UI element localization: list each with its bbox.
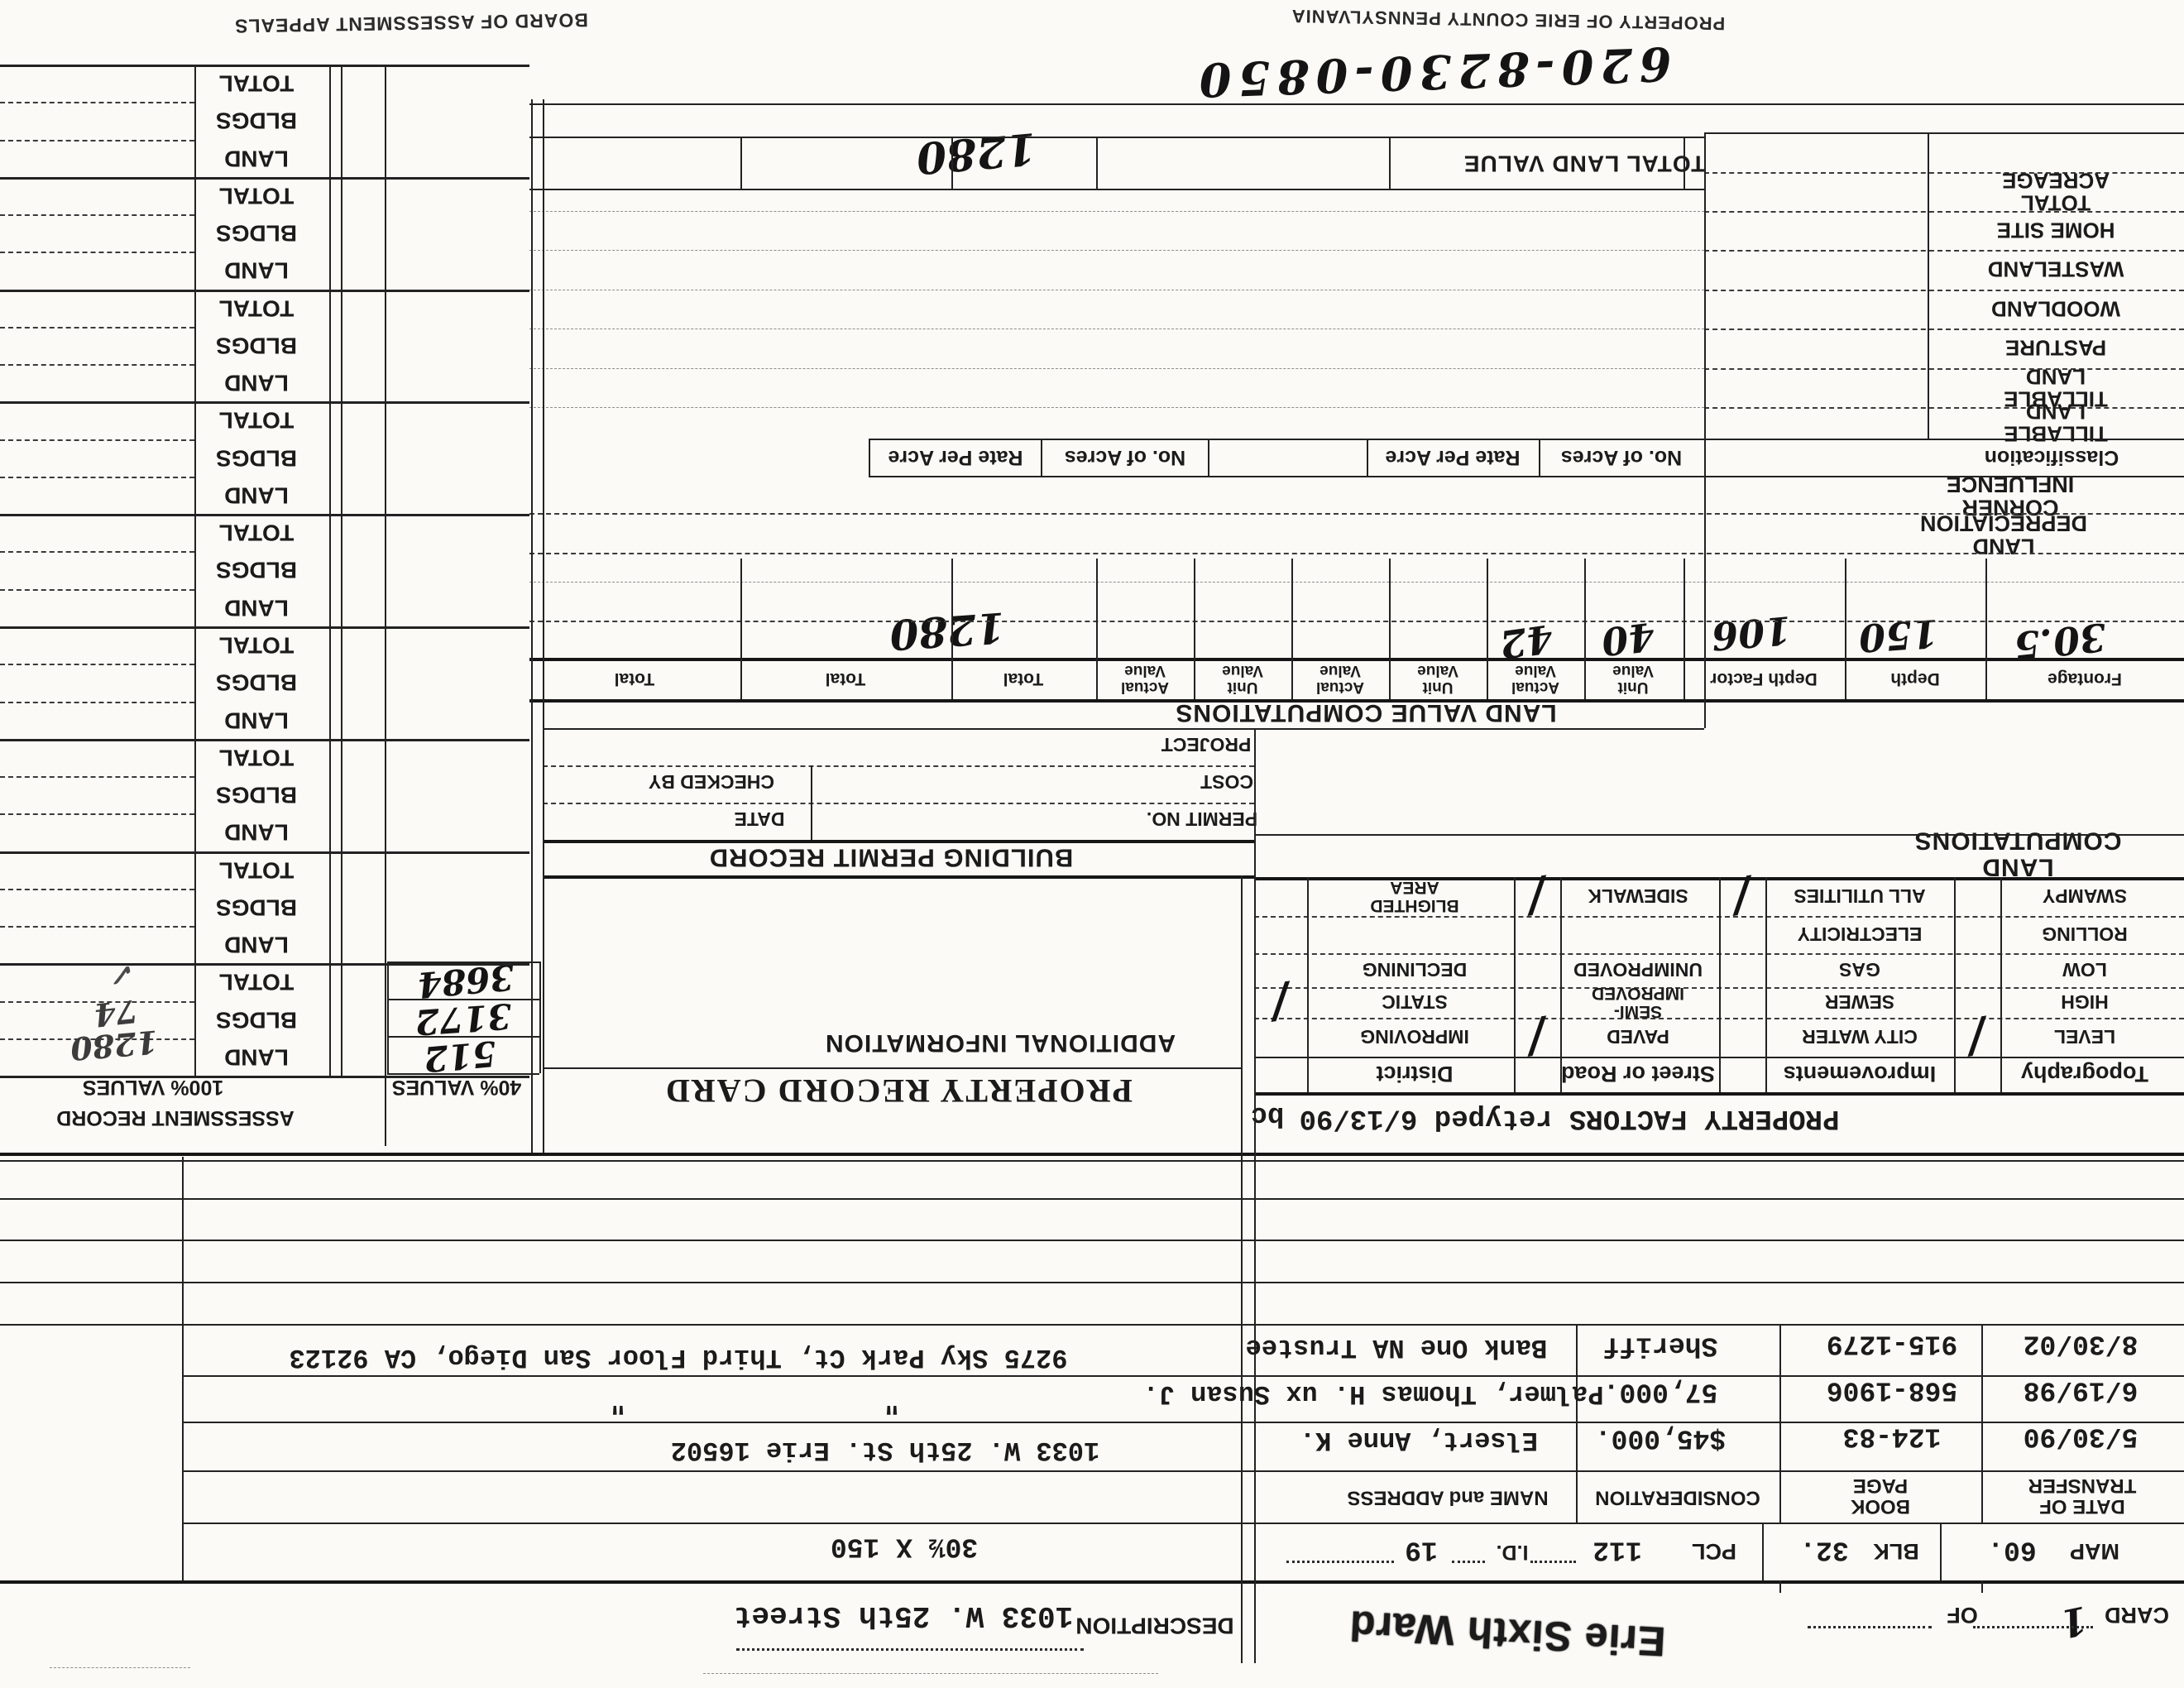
transfer-name: Palmer, Thomas H. ux Susan J. — [1143, 1379, 1604, 1407]
transfer-book-page: 915-1279 — [1827, 1329, 1957, 1358]
rule-h-59 — [736, 1648, 1084, 1651]
acreage-row-label: TOTAL ACREAGE — [1992, 169, 2120, 214]
property-record-card-title: PROPERTY RECORD CARD — [664, 1073, 1133, 1108]
rule-h-13 — [529, 211, 1704, 212]
rule-h-57 — [1452, 1561, 1485, 1563]
landcomp-item-district: BLIGHTED AREA — [1370, 878, 1458, 914]
map-label: MAP — [2070, 1540, 2119, 1563]
lvc-column-header: Unit Value — [1417, 662, 1458, 695]
rule-v-91 — [1845, 559, 1846, 699]
blk-value: 32. — [1799, 1535, 1848, 1564]
rule-h-1 — [529, 137, 1704, 138]
unit-value-value: 40 — [1599, 616, 1656, 662]
rule-v-76 — [1928, 132, 1929, 439]
landcomp-item-improvements: ELECTRICITY — [1798, 924, 1923, 944]
rule-v-77 — [869, 439, 870, 476]
landcomp-item-street: PAVED — [1607, 1027, 1669, 1047]
rule-h-6 — [1704, 250, 2184, 252]
rule-h-58 — [1286, 1561, 1394, 1563]
assessment-row-label: LAND — [224, 146, 289, 170]
rule-h-61 — [50, 1667, 190, 1668]
rule-v-107 — [1940, 1523, 1942, 1580]
value-100-total: ✓ — [110, 957, 137, 989]
landcomp-item-improvements: ALL UTILITIES — [1794, 886, 1925, 906]
transfer-header-book: BOOK PAGE — [1851, 1475, 1910, 1517]
transfer-header-consideration: CONSIDERATION — [1595, 1487, 1760, 1508]
assessment-row-label: LAND — [224, 596, 289, 620]
landcomp-item-improvements: GAS — [1839, 960, 1880, 980]
rule-v-78 — [1041, 439, 1042, 476]
values-40-header: 40% VALUES — [392, 1077, 522, 1098]
lvc-column-header: Actual Value — [1511, 662, 1559, 695]
rule-v-110 — [1981, 1580, 1983, 1593]
assessment-row-rule — [0, 252, 194, 253]
assessment-row-label: LAND — [224, 933, 289, 957]
assessment-row-rule — [0, 477, 194, 478]
landcomp-item-topography: SWAMPY — [2043, 886, 2127, 906]
landcomp-item-street: SEMI- IMPROVED — [1592, 984, 1684, 1020]
assessment-row-label: LAND — [224, 371, 289, 395]
check-mark: ∕ — [1269, 976, 1292, 1027]
rule-h-51 — [182, 1470, 2184, 1472]
lvc-column-header: Actual Value — [1316, 662, 1364, 695]
rule-v-103 — [2000, 877, 2002, 1092]
landcomp-item-topography: LOW — [2062, 960, 2107, 980]
assessment-group-line — [0, 401, 529, 404]
assessment-row-rule — [0, 702, 194, 703]
rule-v-108 — [1762, 1523, 1764, 1580]
assessment-row-label: TOTAL — [219, 296, 295, 320]
card-number-handwritten: 1 — [2057, 1599, 2091, 1644]
rule-v-65 — [329, 65, 331, 1076]
landcomp-item-street: UNIMPROVED — [1573, 960, 1703, 980]
rule-h-60 — [703, 1673, 1158, 1674]
rule-v-85 — [1194, 559, 1195, 699]
description-label: DESCRIPTION — [1075, 1614, 1233, 1638]
dimensions-value: 30½ X 150 — [831, 1532, 978, 1561]
rule-h-20 — [529, 553, 2184, 554]
rule-h-25 — [543, 728, 1704, 730]
rule-h-40 — [387, 999, 539, 1000]
assessment-row-label: TOTAL — [219, 633, 295, 657]
rule-v-96 — [811, 765, 812, 840]
rule-v-75 — [1704, 132, 1706, 699]
description-value: 1033 W. 25th Street — [734, 1599, 1073, 1631]
rule-v-100 — [1719, 877, 1721, 1092]
assessment-row-label: LAND — [224, 708, 289, 732]
assessment-row-label: BLDGS — [216, 446, 297, 470]
lvc-column-header: Depth — [1890, 669, 1940, 688]
project-label: PROJECT — [1161, 735, 1252, 755]
assessment-record-header: ASSESSMENT RECORD — [56, 1107, 295, 1129]
assessment-row-label: TOTAL — [219, 858, 295, 882]
rule-h-42 — [387, 1073, 539, 1075]
property-of-stamp: PROPERTY OF ERIE COUNTY PENNSYLVANIA — [1291, 7, 1726, 33]
account-number-handwritten: 620-8230-0850 — [1192, 39, 1673, 104]
assessment-group-line — [0, 290, 529, 292]
acreage-header-cell: No. of Acres — [1561, 447, 1682, 468]
rule-v-81 — [1539, 439, 1540, 476]
assessment-row-rule — [0, 776, 194, 778]
rule-v-71 — [951, 137, 953, 189]
rule-v-84 — [1096, 559, 1098, 699]
rule-v-111 — [182, 1157, 184, 1580]
lvc-column-header: Depth Factor — [1710, 669, 1818, 688]
rule-h-28 — [543, 840, 1254, 843]
rule-h-22 — [529, 621, 2184, 622]
rule-v-101 — [1765, 877, 1767, 1092]
rule-v-90 — [1683, 559, 1685, 699]
transfer-header-name: NAME and ADDRESS — [1347, 1487, 1548, 1508]
rule-v-105 — [1779, 1324, 1781, 1523]
rule-h-45 — [0, 1198, 2184, 1200]
rule-v-109 — [1779, 1580, 1781, 1593]
assessment-row-rule — [0, 327, 194, 328]
pcl-value: 112 — [1592, 1535, 1641, 1564]
acreage-row-label: TILLABLE LAND — [1992, 400, 2120, 445]
rule-v-92 — [1985, 559, 1987, 699]
map-value: 60. — [1987, 1535, 2036, 1564]
ward-stamp: Erie Sixth Ward — [1348, 1604, 1667, 1663]
rule-h-26 — [543, 765, 1254, 767]
blk-label: BLK — [1873, 1540, 1919, 1563]
assessment-row-label: BLDGS — [216, 1008, 297, 1032]
lvc-column-header: Total — [826, 669, 866, 688]
transfer-address-ditto: " — [884, 1385, 900, 1415]
transfer-date: 8/30/02 — [2024, 1329, 2138, 1358]
rule-v-73 — [1389, 137, 1391, 189]
rule-v-89 — [1584, 559, 1586, 699]
rule-v-102 — [1954, 877, 1956, 1092]
assessment-row-label: LAND — [224, 820, 289, 844]
id-label: I.D. — [1497, 1542, 1529, 1563]
assessment-group-line — [0, 739, 529, 741]
rule-h-55 — [1808, 1626, 1932, 1628]
rule-v-67 — [385, 65, 386, 1146]
rule-h-7 — [1704, 290, 2184, 291]
rule-h-54 — [1973, 1626, 2093, 1628]
rule-h-19 — [529, 513, 2184, 515]
rule-v-106 — [1981, 1324, 1983, 1523]
rule-h-41 — [387, 1036, 539, 1038]
landcomp-group-header: Improvements — [1784, 1062, 1937, 1086]
value-40-bldgs: 3172 — [414, 997, 513, 1040]
landcomp-item-improvements: CITY WATER — [1802, 1027, 1918, 1047]
property-record-card-scan: PROPERTY OF ERIE COUNTY PENNSYLVANIA BOA… — [0, 0, 2184, 1688]
transfer-consideration: Sheriff — [1603, 1331, 1718, 1360]
rule-v-72 — [1096, 137, 1098, 189]
rule-h-46 — [0, 1240, 2184, 1241]
transfer-consideration: 57,000. — [1603, 1377, 1718, 1406]
rule-v-97 — [1307, 877, 1309, 1092]
acreage-row-label: HOME SITE — [1996, 218, 2115, 241]
rule-h-56 — [1530, 1561, 1576, 1563]
values-100-header: 100% VALUES — [83, 1077, 223, 1098]
rule-h-17 — [529, 368, 1704, 369]
transfer-book-page: 568-1906 — [1827, 1375, 1957, 1404]
landcomp-item-district: DECLINING — [1363, 960, 1468, 980]
transfer-name: Elsert, Anne K. — [1300, 1426, 1538, 1454]
property-factors-note: PROPERTY FACTORS retyped 6/13/90 — [1300, 1102, 1840, 1132]
rule-h-8 — [1704, 328, 2184, 330]
rule-v-87 — [1389, 559, 1391, 699]
rule-v-80 — [1367, 439, 1368, 476]
assessment-row-label: TOTAL — [219, 71, 295, 95]
assessment-row-rule — [0, 214, 194, 216]
assessment-row-label: BLDGS — [216, 333, 297, 357]
assessment-row-label: TOTAL — [219, 520, 295, 544]
transfer-header-date: DATE OF TRANSFER — [2028, 1475, 2137, 1517]
assessment-row-rule — [0, 589, 194, 591]
assessment-row-label: BLDGS — [216, 895, 297, 919]
transfer-date: 6/19/98 — [2024, 1375, 2138, 1404]
rule-v-98 — [1514, 877, 1516, 1092]
depth-value: 150 — [1857, 613, 1939, 659]
rule-h-38 — [1254, 1092, 2184, 1096]
card-label: CARD — [2105, 1604, 2169, 1627]
rule-h-30 — [543, 1067, 1241, 1069]
acreage-row-label: PASTURE — [2005, 336, 2106, 358]
assessment-row-label: LAND — [224, 483, 289, 507]
rule-v-83 — [951, 559, 953, 699]
rule-h-27 — [543, 803, 1254, 804]
additional-information-label: ADDITIONAL INFORMATION — [825, 1029, 1176, 1056]
assessment-row-label: TOTAL — [219, 184, 295, 208]
assessment-row-rule — [0, 439, 194, 441]
assessment-row-label: TOTAL — [219, 408, 295, 432]
lvc-column-header: Total — [615, 669, 655, 688]
depth-factor-value: 106 — [1710, 610, 1793, 656]
acreage-header-cell: Rate Per Acre — [1385, 447, 1520, 468]
lvc-column-header: Frontage — [2047, 669, 2122, 688]
value-100-land: 1280 — [69, 1025, 160, 1066]
assessment-row-label: BLDGS — [216, 221, 297, 245]
rule-h-16 — [529, 328, 1704, 329]
acreage-header-cell: Rate Per Acre — [888, 447, 1023, 468]
landcomp-item-street: SIDEWALK — [1588, 886, 1688, 906]
assessment-row-rule — [0, 813, 194, 815]
rule-v-79 — [1208, 439, 1209, 476]
rule-h-24 — [529, 699, 2184, 703]
transfer-address: 9275 Sky Park Ct, Third Floor San Diego,… — [290, 1343, 1068, 1371]
permit-date-label: DATE — [735, 809, 785, 829]
land-value-computations-title: LAND VALUE COMPUTATIONS — [1175, 699, 1556, 726]
landcomp-item-improvements: SEWER — [1825, 992, 1894, 1012]
rule-v-70 — [740, 137, 742, 189]
rule-v-74 — [1683, 137, 1685, 189]
total-land-value-handwritten: 1280 — [915, 124, 1038, 180]
transfer-consideration: $45,000. — [1595, 1423, 1726, 1452]
landcomp-item-district: STATIC — [1382, 992, 1448, 1012]
assessment-group-line — [0, 626, 529, 629]
assessment-row-rule — [0, 1038, 194, 1040]
assessment-group-line — [0, 514, 529, 516]
rule-h-12 — [869, 476, 2184, 477]
cost-label: COST — [1200, 772, 1253, 792]
transfer-book-page: 124-83 — [1843, 1422, 1942, 1451]
acreage-header-cell: No. of Acres — [1065, 447, 1185, 468]
transfer-address: 1033 W. 25th St. Erie 16502 — [671, 1436, 1099, 1464]
assessment-group-line — [0, 1076, 529, 1078]
landcomp-item-district: IMPROVING — [1360, 1027, 1469, 1047]
assessment-group-line — [0, 851, 529, 854]
checked-by-label: CHECKED BY — [649, 772, 774, 792]
rule-h-11 — [869, 439, 2184, 440]
landcomp-item-topography: LEVEL — [2054, 1027, 2115, 1047]
computation-total-value: 1280 — [888, 605, 1006, 656]
assessment-group-line — [0, 65, 529, 67]
rule-h-31 — [1254, 834, 2184, 836]
rule-v-64 — [194, 65, 196, 1076]
acreage-row-label: WOODLAND — [1991, 297, 2120, 319]
rule-h-52 — [182, 1523, 2184, 1524]
landcomp-group-header: Street or Road — [1561, 1062, 1715, 1086]
rule-h-2 — [529, 189, 1704, 190]
transfer-name: Bank One NA Trustee — [1246, 1333, 1548, 1361]
building-permit-record-title: BUILDING PERMIT RECORD — [709, 844, 1074, 871]
rule-h-18 — [529, 407, 1704, 408]
rule-h-29 — [543, 875, 1254, 879]
board-of-assessment-stamp: BOARD OF ASSESSMENT APPEALS — [234, 10, 588, 36]
lvc-column-header: Total — [1003, 669, 1044, 688]
assessment-row-rule — [0, 140, 194, 141]
rule-v-62 — [531, 99, 533, 1153]
rule-h-3 — [1704, 132, 2184, 134]
rule-v-63 — [543, 99, 544, 1153]
assessment-group-line — [0, 963, 529, 966]
id-value: 19 — [1405, 1535, 1438, 1564]
rule-h-15 — [529, 290, 1704, 290]
rule-v-93 — [1704, 699, 1706, 728]
transfer-date: 5/30/90 — [2024, 1422, 2138, 1451]
landcomp-group-header: Topography — [2021, 1062, 2148, 1086]
lvc-column-header: Unit Value — [1222, 662, 1263, 695]
rule-v-66 — [341, 65, 342, 1076]
assessment-row-label: BLDGS — [216, 108, 297, 132]
rule-v-82 — [740, 559, 742, 699]
rule-v-95 — [1241, 875, 1243, 1663]
rule-h-48 — [0, 1324, 2184, 1326]
rule-v-99 — [1560, 877, 1562, 1092]
rule-h-47 — [0, 1282, 2184, 1283]
pcl-label: PCL — [1692, 1540, 1736, 1563]
landcomp-item-topography: ROLLING — [2042, 924, 2128, 944]
assessment-row-rule — [0, 551, 194, 553]
assessment-row-rule — [0, 889, 194, 890]
total-land-value-label: TOTAL LAND VALUE — [1463, 151, 1705, 175]
value-40-land: 512 — [422, 1034, 497, 1077]
rule-v-88 — [1487, 559, 1488, 699]
lvc-column-header: Actual Value — [1121, 662, 1169, 695]
rule-v-69 — [539, 961, 541, 1073]
assessment-row-label: BLDGS — [216, 670, 297, 694]
transfer-address-ditto: " — [610, 1385, 626, 1415]
rule-v-86 — [1291, 559, 1293, 699]
of-label: OF — [1947, 1604, 1978, 1627]
assessment-row-rule — [0, 364, 194, 366]
rule-v-68 — [387, 961, 389, 1073]
rule-h-21 — [529, 582, 2184, 583]
rule-h-23 — [529, 658, 2184, 661]
assessment-row-rule — [0, 1001, 194, 1003]
landcomp-item-topography: HIGH — [2061, 992, 2109, 1012]
assessment-row-label: LAND — [224, 1045, 289, 1069]
acreage-header-cell: Classification — [1985, 447, 2119, 468]
permit-no-label: PERMIT NO. — [1147, 809, 1257, 829]
rule-h-43 — [0, 1153, 2184, 1156]
assessment-row-label: TOTAL — [219, 746, 295, 770]
landcomp-group-header: District — [1376, 1062, 1453, 1086]
assessment-row-label: BLDGS — [216, 783, 297, 807]
rule-h-53 — [0, 1580, 2184, 1584]
rule-h-14 — [529, 250, 1704, 251]
rule-h-44 — [0, 1160, 2184, 1162]
assessment-row-label: TOTAL — [219, 970, 295, 994]
assessment-group-line — [0, 177, 529, 180]
acreage-row-label: WASTELAND — [1988, 257, 2124, 280]
assessment-row-label: BLDGS — [216, 558, 297, 582]
assessment-row-rule — [0, 664, 194, 665]
rule-v-94 — [1254, 728, 1256, 1663]
assessment-row-rule — [0, 102, 194, 103]
assessment-row-label: LAND — [224, 258, 289, 282]
rule-h-0 — [529, 103, 2184, 105]
land-depreciation-label: LAND DEPRECIATION — [1913, 511, 2094, 559]
lvc-column-header: Unit Value — [1612, 662, 1654, 695]
assessment-row-rule — [0, 926, 194, 928]
rule-v-104 — [1576, 1324, 1578, 1523]
